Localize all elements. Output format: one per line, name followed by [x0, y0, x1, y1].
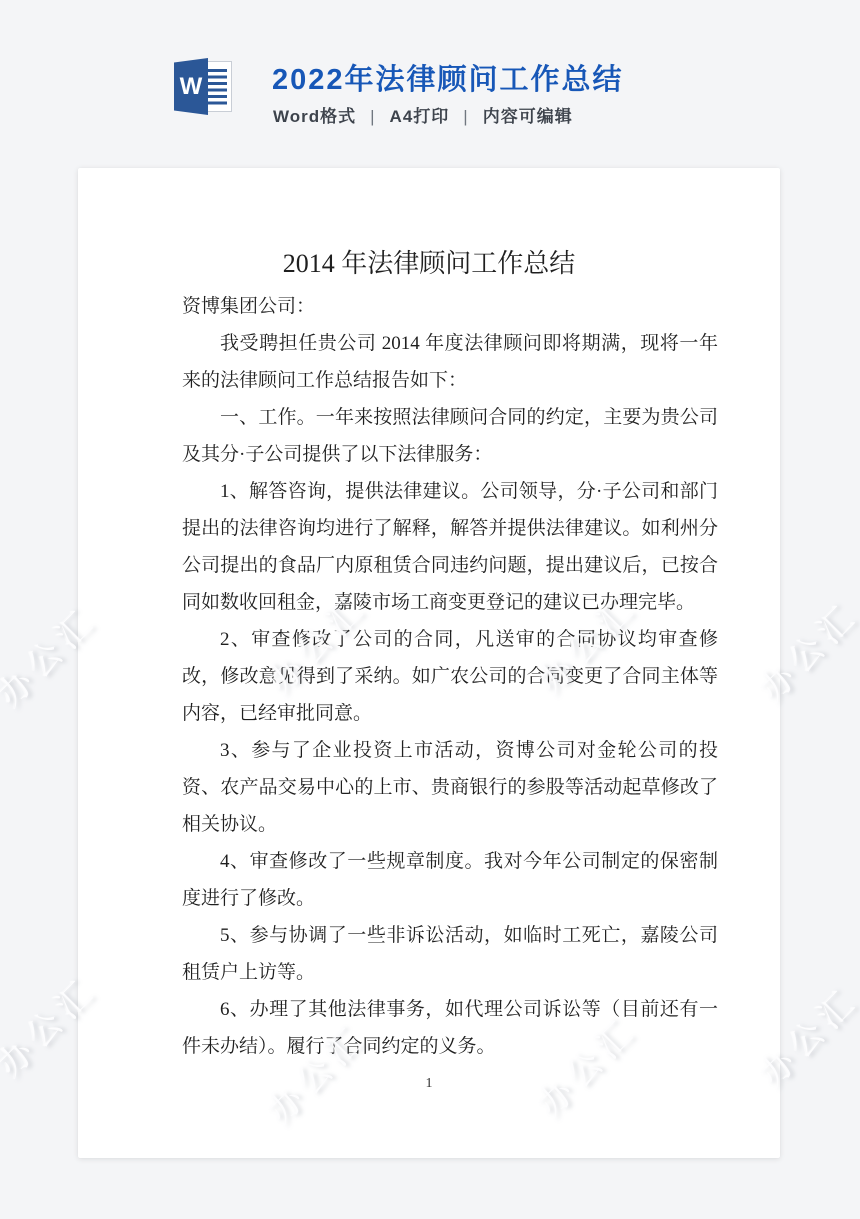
paragraph: 一、工作。一年来按照法律顾问合同的约定，主要为贵公司及其分·子公司提供了以下法律…: [182, 399, 718, 473]
paragraph: 我受聘担任贵公司 2014 年度法律顾问即将期满，现将一年来的法律顾问工作总结报…: [182, 325, 718, 399]
paragraph: 1、解答咨询，提供法律建议。公司领导，分·子公司和部门提出的法律咨询均进行了解释…: [182, 473, 718, 621]
paragraph: 3、参与了企业投资上市活动，资博公司对金轮公司的投资、农产品交易中心的上市、贵商…: [182, 732, 718, 843]
page-number: 1: [140, 1075, 718, 1093]
word-file-icon: W: [174, 58, 232, 115]
paragraph: 4、审查修改了一些规章制度。我对今年公司制定的保密制度进行了修改。: [182, 843, 718, 917]
meta-print: A4打印: [390, 107, 450, 126]
document-page-title: 2014 年法律顾问工作总结: [140, 244, 718, 284]
document-body: 资博集团公司：我受聘担任贵公司 2014 年度法律顾问即将期满，现将一年来的法律…: [182, 288, 718, 1065]
meta-separator: |: [463, 107, 468, 126]
document-title-link[interactable]: 2022年法律顾问工作总结: [272, 57, 624, 98]
paragraph: 资博集团公司：: [182, 288, 718, 325]
meta-editable: 内容可编辑: [483, 107, 573, 126]
paragraph: 5、参与协调了一些非诉讼活动，如临时工死亡，嘉陵公司租赁户上访等。: [182, 917, 718, 991]
meta-separator: |: [370, 107, 375, 126]
paragraph: 6、办理了其他法律事务，如代理公司诉讼等（目前还有一件未办结）。履行了合同约定的…: [182, 991, 718, 1065]
word-icon-letter: W: [180, 75, 203, 99]
document-meta: Word格式|A4打印|内容可编辑: [273, 102, 573, 127]
word-icon-text-lines: [208, 69, 227, 107]
word-icon-w-panel: W: [174, 58, 208, 115]
paragraph: 2、审查修改了公司的合同，凡送审的合同协议均审查修改，修改意见得到了采纳。如广农…: [182, 621, 718, 732]
page-background: W 2022年法律顾问工作总结 Word格式|A4打印|内容可编辑 2014 年…: [0, 0, 860, 1219]
meta-format: Word格式: [273, 107, 356, 126]
document-preview-page: 2014 年法律顾问工作总结 资博集团公司：我受聘担任贵公司 2014 年度法律…: [78, 168, 780, 1158]
